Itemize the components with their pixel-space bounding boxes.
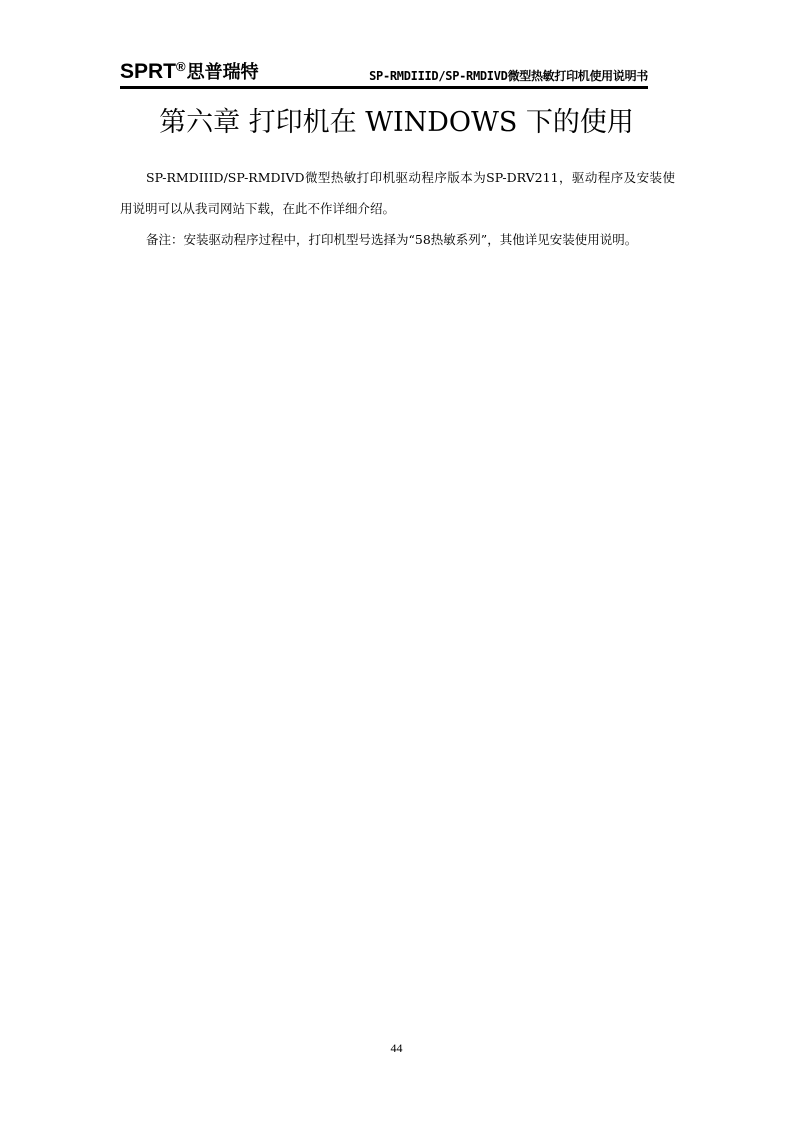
paragraph-driver-info: SP-RMDIIID/SP-RMDIVD微型热敏打印机驱动程序版本为SP-DRV… (120, 162, 675, 224)
paragraph-note: 备注：安装驱动程序过程中，打印机型号选择为“58热敏系列”，其他详见安装使用说明… (120, 224, 675, 255)
brand-chinese-name: 思普瑞特 (187, 62, 259, 83)
registered-mark: ® (176, 59, 186, 74)
brand-logo-text: SPRT (120, 60, 176, 83)
document-title: SP-RMDIIID/SP-RMDIVD微型热敏打印机使用说明书 (369, 67, 648, 84)
page-number: 44 (0, 1041, 793, 1056)
body-text: SP-RMDIIID/SP-RMDIVD微型热敏打印机驱动程序版本为SP-DRV… (120, 162, 675, 255)
chapter-title: 第六章 打印机在 WINDOWS 下的使用 (0, 100, 793, 139)
brand-logo: SPRT®思普瑞特 (120, 58, 259, 84)
page-header: SPRT®思普瑞特 SP-RMDIIID/SP-RMDIVD微型热敏打印机使用说… (120, 56, 648, 89)
